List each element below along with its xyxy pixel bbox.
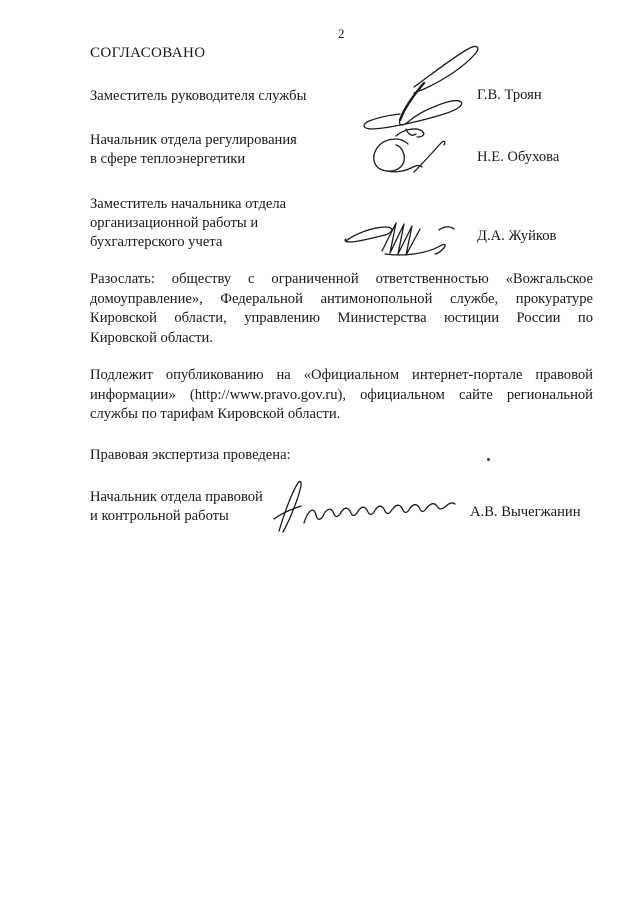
signature-obukhova-icon [356, 120, 461, 178]
approved-heading: СОГЛАСОВАНО [90, 45, 205, 62]
signature-vychegzhanin-icon [252, 479, 462, 534]
distribution-paragraph: Разослать: обществу с ограниченной ответ… [90, 271, 593, 349]
signatory-title-line: Заместитель руководителя службы [90, 87, 370, 106]
scanned-document-page: 2 СОГЛАСОВАНО Заместитель руководителя с… [0, 0, 640, 905]
publication-paragraph: Подлежит опубликованию на «Официальном и… [90, 367, 593, 426]
paragraph-line: Разослать: обществу с ограниченной ответ… [90, 271, 593, 291]
paragraph-line: Подлежит опубликованию на «Официальном и… [90, 367, 593, 387]
signatory-name: Д.А. Жуйков [477, 228, 556, 245]
signatory-title-line: Начальник отдела регулирования [90, 131, 370, 150]
signatory-title-line: Заместитель начальника отдела [90, 195, 370, 214]
paragraph-line: службы по тарифам Кировской области. [90, 406, 593, 426]
paragraph-line: Кировской области. [90, 330, 593, 350]
signatory-name: А.В. Вычегжанин [470, 504, 581, 521]
paragraph-line: домоуправление», Федеральной антимонопол… [90, 291, 593, 311]
scan-speck [487, 458, 491, 462]
legal-expertise-label: Правовая экспертиза проведена: [90, 446, 291, 465]
signatory-title: Заместитель руководителя службы [90, 87, 370, 106]
page-number: 2 [338, 26, 345, 42]
signatory-title-line: бухгалтерского учета [90, 233, 370, 252]
paragraph-line: информации» (http://www.pravo.gov.ru), о… [90, 387, 593, 407]
paragraph-line: Кировской области, управлению Министерст… [90, 310, 593, 330]
signatory-title-line: в сфере теплоэнергетики [90, 150, 370, 169]
signatory-title: Заместитель начальника отдела организаци… [90, 195, 370, 252]
signatory-title-line: организационной работы и [90, 214, 370, 233]
signature-zhuykov-icon [340, 214, 460, 260]
signatory-name: Г.В. Троян [477, 87, 542, 104]
signatory-name: Н.Е. Обухова [477, 149, 559, 166]
signatory-title: Начальник отдела регулирования в сфере т… [90, 131, 370, 169]
